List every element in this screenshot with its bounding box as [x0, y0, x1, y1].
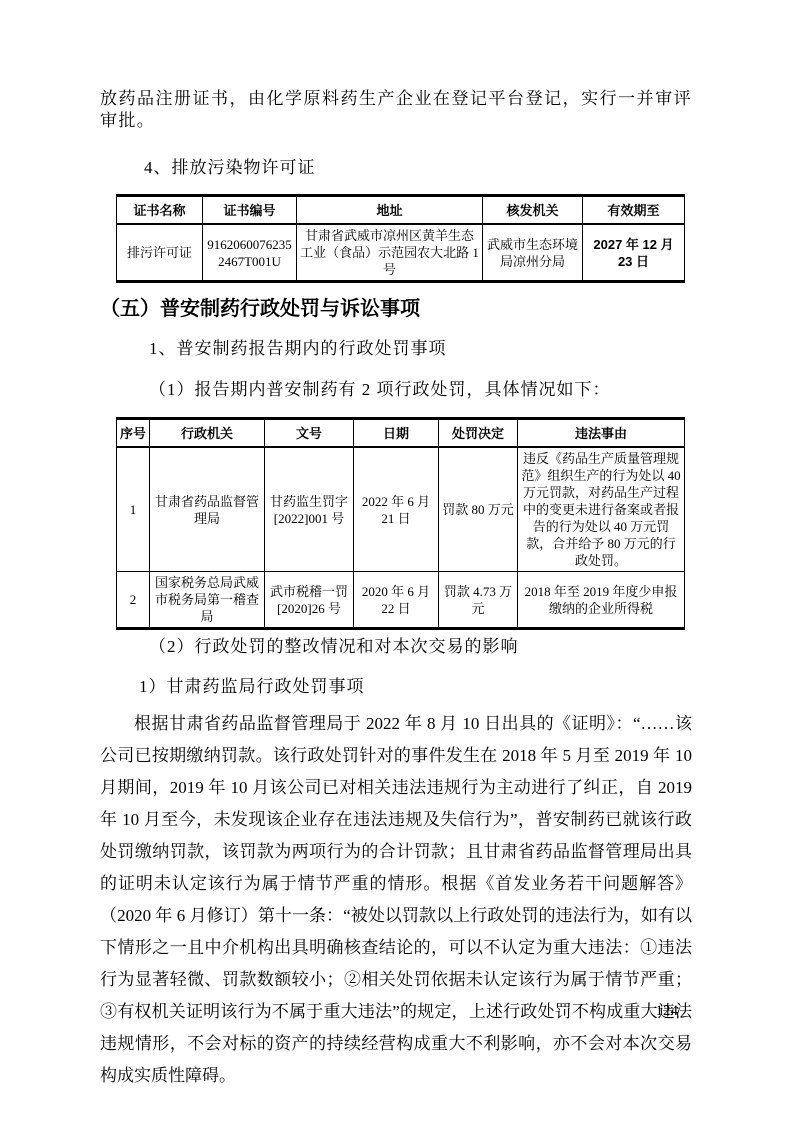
permit-col-authority: 核发机关 [483, 196, 583, 225]
subsection-1-item-2: （2）行政处罚的整改情况和对本次交易的影响 [100, 636, 692, 658]
subsection-1-heading: 1、普安制药报告期内的行政处罚事项 [100, 338, 692, 360]
permit-table-header: 证书名称 证书编号 地址 核发机关 有效期至 [117, 196, 685, 225]
subsection-2-heading: 1）甘肃药监局行政处罚事项 [100, 676, 692, 698]
penalty-reason-cell: 违反《药品生产质量管理规范》组织生产的行为处以 40 万元罚款，对药品生产过程中… [518, 447, 685, 572]
cert-valid-until-cell: 2027 年 12 月 23 日 [583, 224, 685, 282]
penalty-col-decision: 处罚决定 [439, 419, 518, 448]
penalty-date-cell: 2022 年 6 月 21 日 [354, 447, 439, 572]
penalty-col-date: 日期 [354, 419, 439, 448]
subsection-1-item-1: （1）报告期内普安制药有 2 项行政处罚，具体情况如下： [100, 379, 692, 401]
permit-col-cert-name: 证书名称 [117, 196, 203, 225]
penalty-col-authority: 行政机关 [150, 419, 265, 448]
penalty-col-reason: 违法事由 [518, 419, 685, 448]
penalty-col-no: 序号 [117, 419, 150, 448]
penalty-no-cell: 1 [117, 447, 150, 572]
page-number: 124 [656, 1002, 679, 1020]
penalty-table-row: 2 国家税务总局武威市税务局第一稽查局 武市税稽一罚[2020]26 号 202… [117, 572, 685, 629]
penalty-table-row: 1 甘肃省药品监督管理局 甘药监生罚字[2022]001 号 2022 年 6 … [117, 447, 685, 572]
cert-name-cell: 排污许可证 [117, 224, 203, 282]
penalty-no-cell: 2 [117, 572, 150, 629]
penalty-decision-cell: 罚款 80 万元 [439, 447, 518, 572]
penalty-col-doc-no: 文号 [265, 419, 354, 448]
permit-table: 证书名称 证书编号 地址 核发机关 有效期至 排污许可证 91620600762… [116, 194, 685, 283]
penalty-authority-cell: 甘肃省药品监督管理局 [150, 447, 265, 572]
cert-number-cell: 91620600762352467T001U [203, 224, 297, 282]
permit-col-valid-until: 有效期至 [583, 196, 685, 225]
penalty-doc-no-cell: 武市税稽一罚[2020]26 号 [265, 572, 354, 629]
permit-col-address: 地址 [297, 196, 483, 225]
penalty-authority-cell: 国家税务总局武威市税务局第一稽查局 [150, 572, 265, 629]
body-paragraph: 根据甘肃省药品监督管理局于 2022 年 8 月 10 日出具的《证明》：“……… [100, 708, 692, 1092]
section-heading: （五）普安制药行政处罚与诉讼事项 [100, 295, 692, 323]
intro-paragraph: 放药品注册证书，由化学原料药生产企业在登记平台登记，实行一并审评审批。 [100, 88, 692, 132]
cert-address-cell: 甘肃省武威市凉州区黄羊生态工业（食品）示范园农大北路 1 号 [297, 224, 483, 282]
item4-heading: 4、排放污染物许可证 [100, 157, 692, 179]
permit-header-row: 证书名称 证书编号 地址 核发机关 有效期至 [117, 196, 685, 225]
penalty-date-cell: 2020 年 6 月 22 日 [354, 572, 439, 629]
cert-authority-cell: 武威市生态环境局凉州分局 [483, 224, 583, 282]
permit-col-cert-number: 证书编号 [203, 196, 297, 225]
document-page: 放药品注册证书，由化学原料药生产企业在登记平台登记，实行一并审评审批。 4、排放… [0, 0, 793, 1122]
penalty-table: 序号 行政机关 文号 日期 处罚决定 违法事由 1 甘肃省药品监督管理局 甘药监… [116, 417, 685, 630]
penalty-decision-cell: 罚款 4.73 万元 [439, 572, 518, 629]
penalty-table-header: 序号 行政机关 文号 日期 处罚决定 违法事由 [117, 419, 685, 448]
penalty-header-row: 序号 行政机关 文号 日期 处罚决定 违法事由 [117, 419, 685, 448]
penalty-reason-cell: 2018 年至 2019 年度少申报缴纳的企业所得税 [518, 572, 685, 629]
permit-table-row: 排污许可证 91620600762352467T001U 甘肃省武威市凉州区黄羊… [117, 224, 685, 282]
penalty-doc-no-cell: 甘药监生罚字[2022]001 号 [265, 447, 354, 572]
